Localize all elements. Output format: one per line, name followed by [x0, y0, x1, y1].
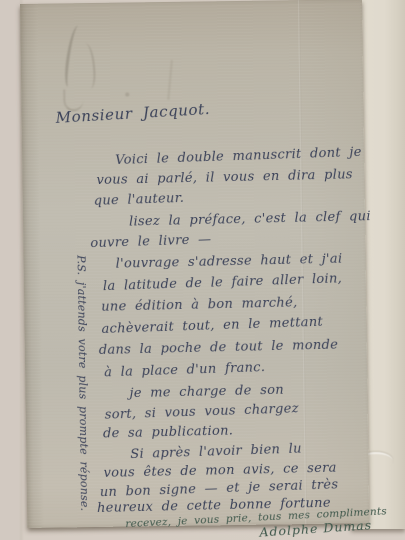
- letter-photo: Monsieur Jacquot. Voici le double manusc…: [0, 0, 405, 540]
- pencil-smudge: [77, 42, 97, 89]
- letter-line: Si après l'avoir bien lu: [130, 441, 302, 462]
- letter-line: la latitude de le faire aller loin,: [103, 271, 343, 294]
- letter-line: ouvre le livre —: [90, 232, 212, 251]
- letter-line: lisez la préface, c'est la clef qui: [129, 209, 371, 229]
- letter-sheet: Monsieur Jacquot. Voici le double manusc…: [20, 0, 369, 528]
- pencil-smudge: [167, 60, 173, 100]
- letter-line: je me charge de son: [129, 383, 284, 402]
- letter-line: sort, si vous vous chargez: [105, 401, 300, 422]
- letter-line: vous ai parlé, il vous en dira plus: [96, 167, 353, 188]
- letter-line: une édition à bon marché,: [101, 295, 298, 314]
- letter-line: l'ouvrage s'adresse haut et j'ai: [115, 252, 342, 272]
- letter-line: achèverait tout, en le mettant: [101, 315, 323, 337]
- letter-line: que l'auteur.: [94, 191, 185, 209]
- pencil-smudge: [125, 92, 129, 96]
- letter-line: de sa publication.: [103, 423, 233, 441]
- letter-line: Voici le double manuscrit dont je: [115, 145, 362, 168]
- letter-line: à la place d'un franc.: [104, 360, 266, 380]
- letter-line: dans la poche de tout le monde: [99, 338, 339, 358]
- letter-margin-note: P.S. j'attends votre plus prompte répons…: [66, 255, 92, 507]
